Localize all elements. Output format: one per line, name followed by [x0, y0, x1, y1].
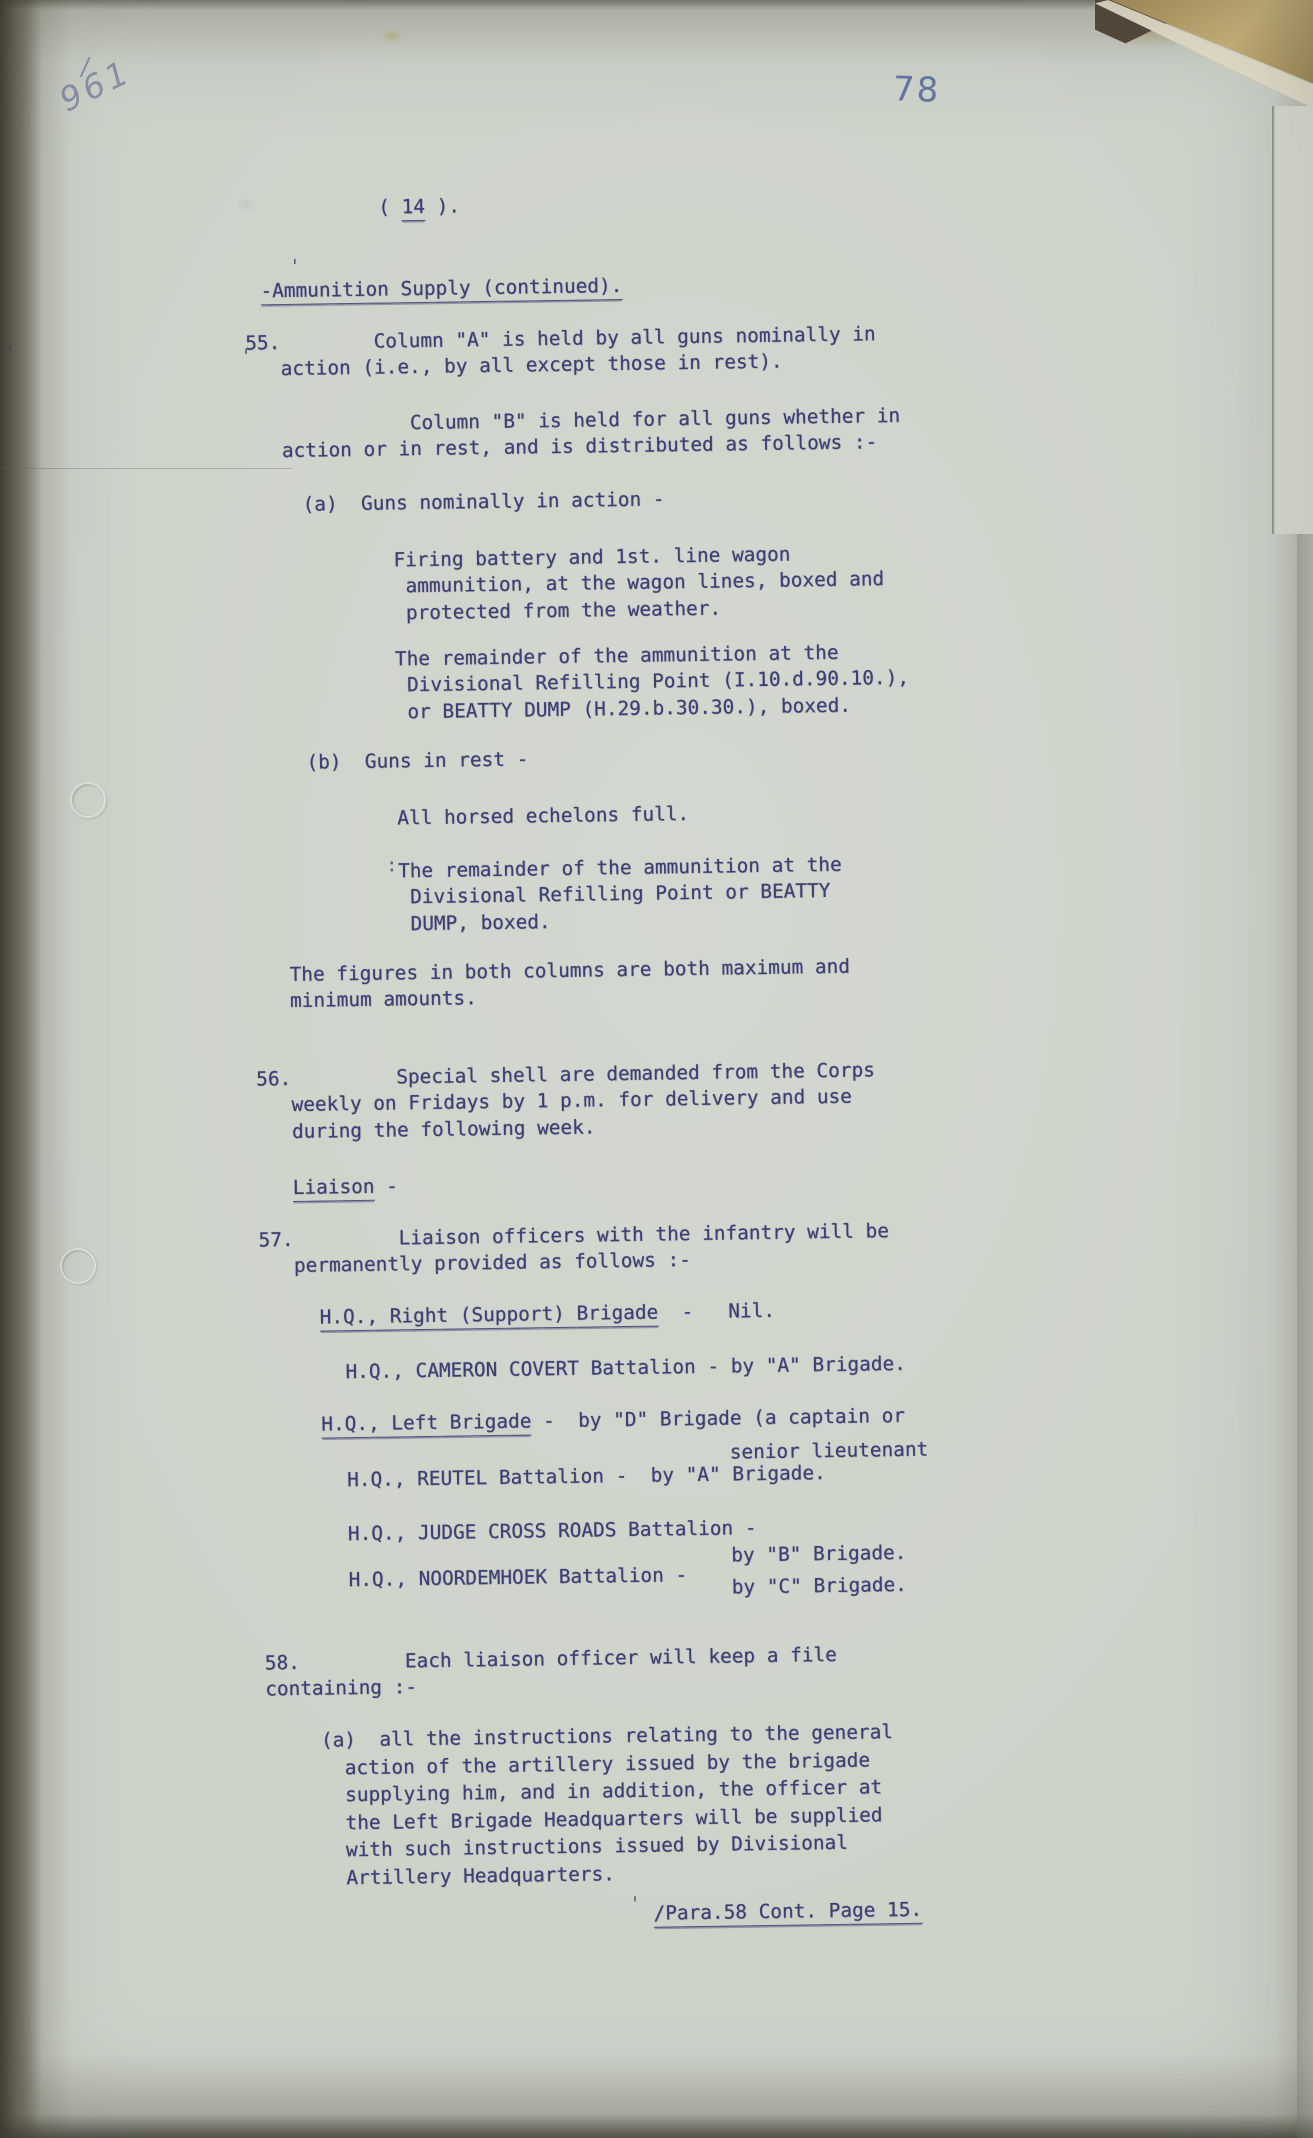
hq-left-value: - by "D" Brigade (a captain or [531, 1404, 905, 1433]
paragraph-55: 55. Column "A" is held by all guns nomin… [245, 321, 876, 383]
paragraph-56: 56. Special shell are demanded from the … [256, 1057, 876, 1145]
pencil-tick: / [78, 53, 93, 81]
ink-tick: ' [4, 342, 16, 364]
figures-note: The figures in both columns are both max… [289, 954, 850, 1015]
ink-tick: ' [629, 1893, 641, 1915]
typewritten-text-layer: ( 14 ). -Ammunition Supply (continued). … [0, 0, 1313, 2138]
hq-judge-cross-roads-line: H.Q., JUDGE CROSS ROADS Battalion - [348, 1515, 757, 1547]
liaison-heading: Liaison - [293, 1173, 398, 1201]
hq-left-brigade: H.Q., Left Brigade [321, 1409, 532, 1438]
by-b-brigade: by "B" Brigade. [731, 1540, 906, 1569]
hq-noordemhoek-line: H.Q., NOORDEMHOEK Battalion - [348, 1562, 687, 1593]
page-number-value: 14 [401, 195, 425, 221]
continuation-footer-text: /Para.58 Cont. Page 15. [653, 1898, 922, 1928]
horsed-echelons-text: All horsed echelons full. [397, 801, 689, 832]
ink-tick: ' [289, 256, 301, 278]
section-heading-text: -Ammunition Supply (continued). [260, 274, 622, 305]
hq-left-brigade-line: H.Q., Left Brigade - by "D" Brigade (a c… [321, 1403, 905, 1438]
ink-tick: ' [240, 345, 252, 367]
hq-right-brigade-line: H.Q., Right (Support) Brigade - Nil. [320, 1298, 776, 1331]
page-number-close: ). [425, 194, 460, 218]
hq-cameron-covert-line: H.Q., CAMERON COVERT Battalion - by "A" … [345, 1351, 906, 1386]
remainder-ammunition-b: The remainder of the ammunition at the D… [398, 852, 843, 937]
paragraph-57: 57. Liaison officers with the infantry w… [258, 1218, 889, 1280]
hq-reutel-line: H.Q., REUTEL Battalion - by "A" Brigade. [347, 1460, 826, 1493]
page-number-open: ( [378, 195, 402, 218]
hq-right-value: - Nil. [658, 1299, 775, 1324]
page-number: ( 14 ). [378, 193, 460, 221]
continuation-footer: /Para.58 Cont. Page 15. [653, 1897, 922, 1927]
liaison-heading-text: Liaison [293, 1175, 375, 1202]
firing-battery-text: Firing battery and 1st. line wagon ammun… [393, 540, 884, 626]
liaison-heading-dash: - [374, 1174, 398, 1197]
scanned-document-page: 961 78 ( 14 ). -Ammunition Supply (conti… [0, 0, 1313, 2138]
list-item-b: (b) Guns in rest - [306, 746, 528, 776]
section-heading: -Ammunition Supply (continued). [260, 273, 622, 305]
by-c-brigade: by "C" Brigade. [732, 1572, 907, 1601]
paragraph-58-sub-a: (a) all the instructions relating to the… [321, 1718, 895, 1891]
paragraph-55-column-b: Column "B" is held for all guns whether … [281, 403, 900, 465]
paragraph-58: 58. Each liaison officer will keep a fil… [265, 1642, 838, 1703]
list-item-a: (a) Guns nominally in action - [302, 486, 664, 518]
remainder-ammunition-a: The remainder of the ammunition at the D… [395, 639, 910, 726]
ink-tick: : [386, 854, 398, 876]
hq-right-brigade: H.Q., Right (Support) Brigade [320, 1301, 659, 1332]
